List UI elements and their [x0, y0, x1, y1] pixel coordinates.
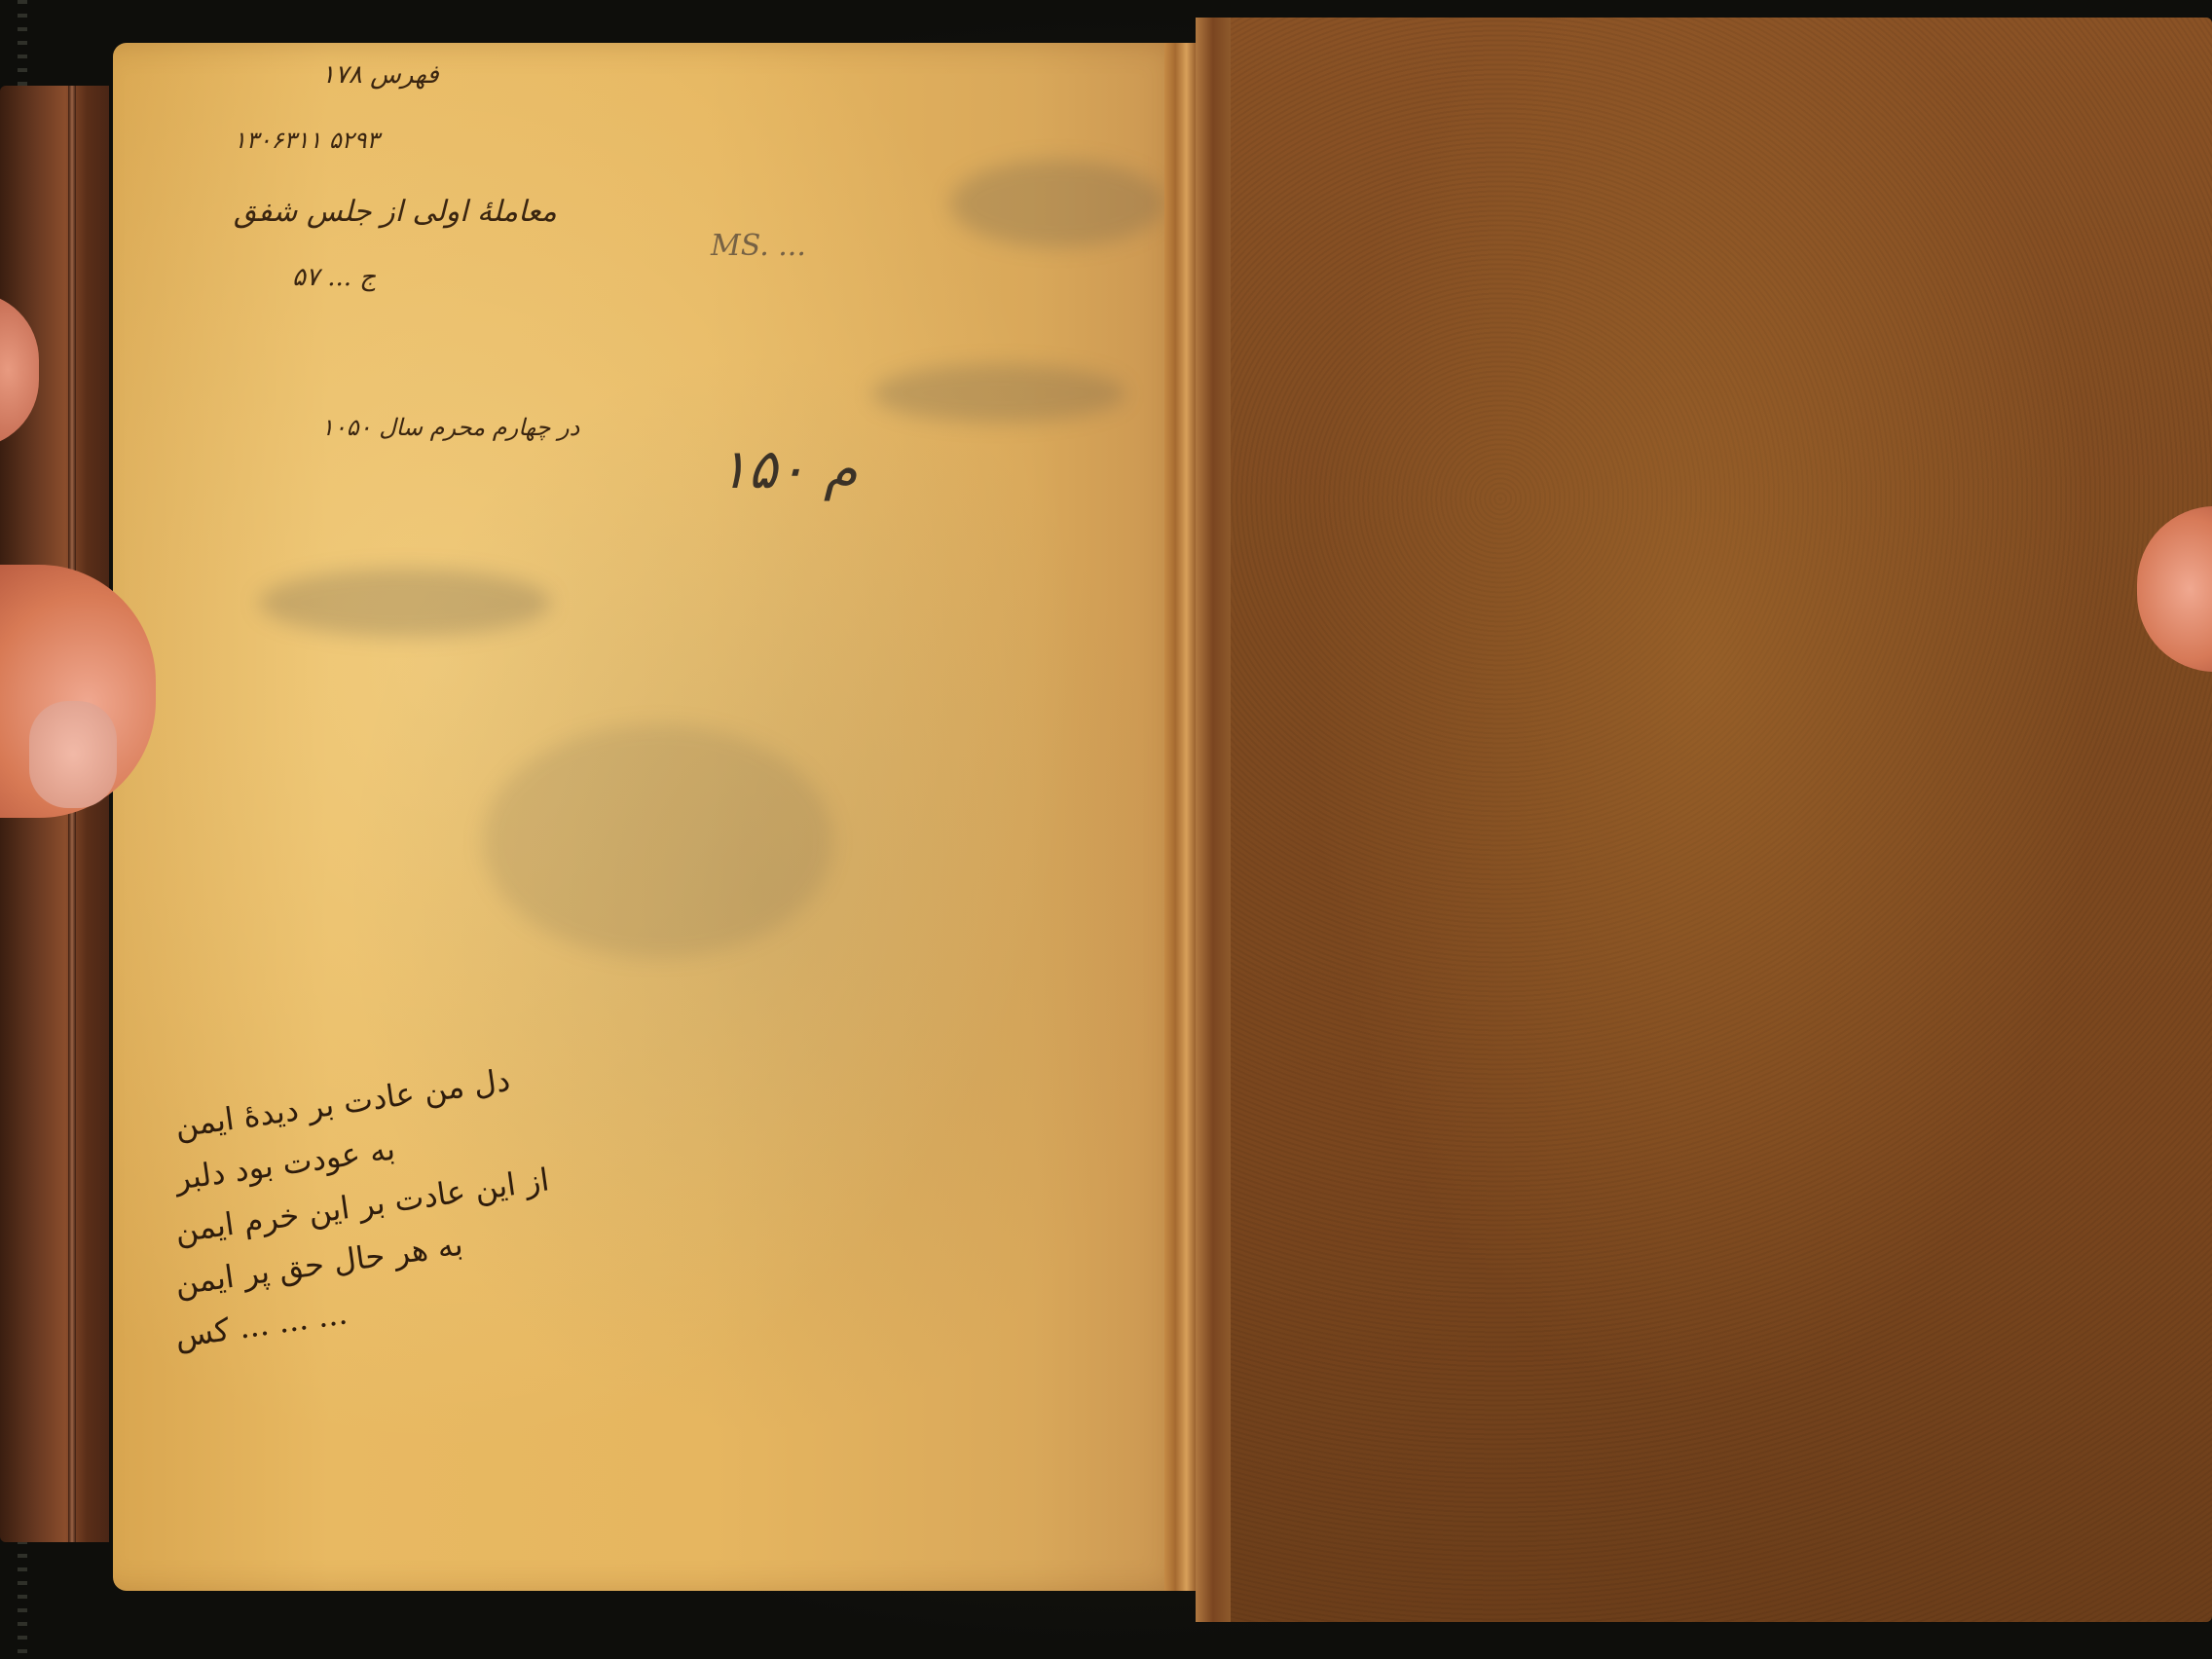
stain — [259, 569, 551, 637]
spine-ridge — [68, 86, 76, 1542]
cover-hinge — [1196, 18, 1231, 1622]
faded-stamp: MS. ... — [711, 229, 806, 263]
note-catalog: فهرس ۱۷۸ — [321, 60, 439, 90]
note-sig: ۵۷ ... ج — [292, 263, 376, 292]
gutter — [1164, 43, 1198, 1591]
stain — [950, 160, 1164, 247]
poem-block: دل من عادت بر دیدهٔ ایمن به عودت بود دلب… — [175, 1100, 467, 1363]
thumbnail — [29, 701, 117, 808]
stain — [872, 364, 1125, 423]
back-cover-leather — [1196, 18, 2212, 1622]
stain — [483, 724, 833, 958]
note-title: معاملهٔ اولی از جلس شفق — [234, 195, 557, 229]
pencil-number: ۱۵۰ م — [719, 438, 858, 501]
note-number: ۱۳۰۶۳۱۱ ۵۲۹۳ — [234, 127, 379, 154]
note-date: در چهارم محرم سال ۱۰۵۰ — [321, 414, 579, 441]
